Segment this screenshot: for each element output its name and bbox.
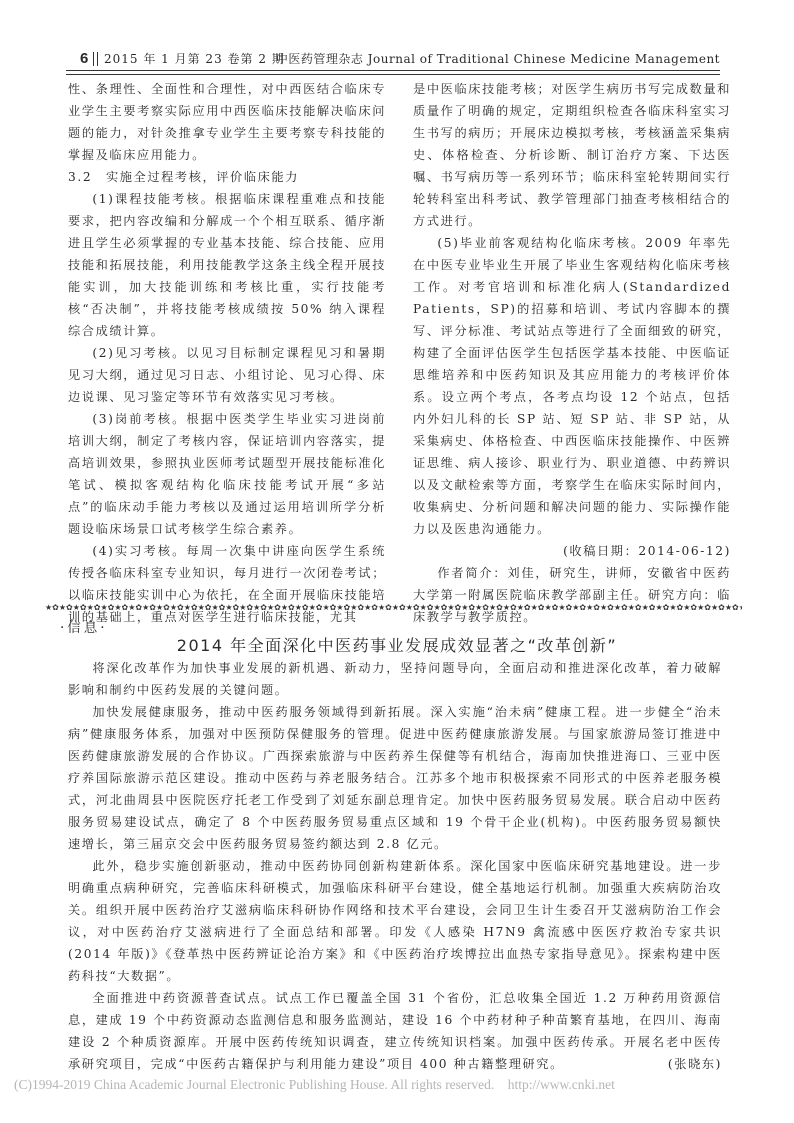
paragraph: 全面推进中药资源普查试点。试点工作已覆盖全国 31 个省份，汇总收集全国近 1.… (68, 987, 722, 1075)
header-double-rule (66, 70, 720, 75)
journal-name: 中医药管理杂志 Journal of Traditional Chinese M… (276, 50, 720, 68)
paragraph-text: 全面推进中药资源普查试点。试点工作已覆盖全国 31 个省份，汇总收集全国近 1.… (68, 991, 722, 1071)
running-head: 6 2015 年 1 月第 23 卷第 2 期 中医药管理杂志 Journal … (66, 50, 720, 68)
copyright-footer: (C)1994-2019 China Academic Journal Elec… (14, 1077, 615, 1093)
article-left-column: 性、条理性、全面性和合理性，对中西医结合临床专业学生主要考察实际应用中西医临床技… (68, 78, 386, 628)
paragraph: 加快发展健康服务，推动中医药服务领域得到新拓展。深入实施“治未病”健康工程。进一… (68, 701, 722, 855)
byline: (张晓东) (668, 1053, 722, 1075)
page-number: 6 (80, 50, 88, 68)
paragraph: 将深化改革作为加快事业发展的新机遇、新动力，坚持问题导向，全面启动和推进深化改革… (68, 657, 722, 701)
paragraph: (1)课程技能考核。根据临床课程重难点和技能要求，把内容改编和分解成一个个相互联… (68, 188, 386, 342)
paragraph: 此外，稳步实施创新驱动，推动中医药协同创新构建新体系。深化国家中医临床研究基地建… (68, 855, 722, 987)
paragraph: 是中医临床技能考核；对医学生病历书写完成数量和质量作了明确的规定，定期组织检查各… (413, 78, 731, 232)
paragraph: 性、条理性、全面性和合理性，对中西医结合临床专业学生主要考察实际应用中西医临床技… (68, 78, 386, 166)
section-heading: 3.2 实施全过程考核，评价临床能力 (68, 166, 386, 188)
page-number-bar (93, 52, 98, 66)
issue-info: 2015 年 1 月第 23 卷第 2 期 (104, 50, 285, 68)
ornamental-divider: ★✿★✿★✿★✿★✿★✿★✿★✿★✿★✿★✿★✿★✿★✿★✿★✿★✿★✿★✿★✿… (45, 603, 742, 613)
author-bio: 作者简介：刘佳，研究生，讲师，安徽省中医药大学第一附属医院临床教学部副主任。研究… (413, 562, 731, 628)
received-date: (收稿日期：2014-06-12) (413, 540, 731, 562)
paragraph: (5)毕业前客观结构化临床考核。2009 年率先在中医专业毕业生开展了毕业生客观… (413, 232, 731, 540)
news-body: 将深化改革作为加快事业发展的新机遇、新动力，坚持问题导向，全面启动和推进深化改革… (68, 657, 722, 1075)
journal-page: 6 2015 年 1 月第 23 卷第 2 期 中医药管理杂志 Journal … (0, 0, 794, 1123)
news-title: 2014 年全面深化中医药事业发展成效显著之“改革创新” (0, 634, 794, 658)
article-right-column: 是中医临床技能考核；对医学生病历书写完成数量和质量作了明确的规定，定期组织检查各… (413, 78, 731, 628)
paragraph: (4)实习考核。每周一次集中讲座向医学生系统传授各临床科室专业知识，每月进行一次… (68, 540, 386, 628)
paragraph: (2)见习考核。以见习目标制定课程见习和暑期见习大纲，通过见习日志、小组讨论、见… (68, 342, 386, 408)
paragraph: (3)岗前考核。根据中医类学生毕业实习进岗前培训大纲，制定了考核内容，保证培训内… (68, 408, 386, 540)
